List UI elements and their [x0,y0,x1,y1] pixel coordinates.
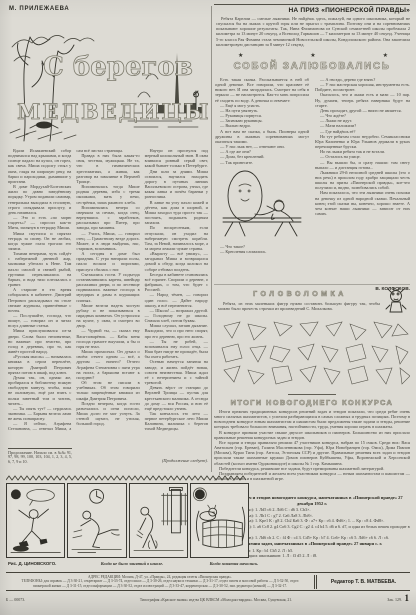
to-be-continued-note: (Продолжение следует). [138,458,208,463]
story-paragraph: Есть такая сказка. Рассказывается в ней … [215,77,309,103]
section-heading: НА ПРИЗ «ПИОНЕРСКОЙ ПРАВДЫ» [214,7,410,14]
story-paragraph: Но тут ребятам стало неудобно. Семикласс… [315,134,410,149]
puzzle-instructions-text: Ребята, из этих маленьких фигур нужно со… [218,301,380,311]
main-illustration: С берегов МЕДВЕДИЦЫ [8,17,208,145]
story-paragraph: Правда в них была какая-то своя, честная… [76,153,139,184]
star-icon: ★ [238,52,243,59]
story-paragraph: — Крепления сломались. [215,249,309,254]
feuilleton-col1-text-2: — Что такое?— Крепления сломались. [215,244,309,254]
contest-paragraph: Все задачи и этюды правильно решили 47 у… [214,440,410,466]
stars-separator: ★★★ [238,52,388,59]
star-icon: ★ [310,52,315,59]
story-paragraph: Вспоминалась тогда Мише родная деревня, … [76,184,139,205]
story-paragraph: — Учись, Миша, — говорил отец. — Грамотн… [76,231,139,252]
comic-strip [6,483,249,558]
comic-panel-4 [190,483,249,558]
section-rule [214,284,410,285]
story-paragraph: Беседы в кабинете становились всё горяче… [145,272,208,293]
story-paragraph: — Так принесите. [215,160,309,165]
story-paragraph: Так кончалось это лето — первое петербур… [145,411,208,432]
left-story-columns: Вдали Исаакиевский собор поднимался над … [8,148,208,466]
zigzag-separator [6,475,249,481]
feuilleton-col1-text: Есть такая сказка. Рассказывается в ней … [215,77,309,165]
story-paragraph: — У нас мастерская хорошая, инструменты … [315,82,410,92]
short-divider-rule [288,394,336,395]
feuilleton-title: СОБОЙ ЗАЛЮБОВАЛИСЬ [214,61,410,72]
story-paragraph: В лавке на углу пахло кожей и дёгтем, ка… [145,200,208,226]
editorial-address: АДРЕС РЕДАКЦИИ: Москва, Д-47, ул. «Правд… [6,575,314,589]
bench-mirror-cartoon [215,166,307,238]
feuilleton-column-1: Есть такая сказка. Рассказывается в ней … [215,77,309,301]
story-paragraph: А старшие в это время собирались в кабин… [8,287,71,313]
story-paragraph: По воскресеньям, если отпускали, он уход… [145,225,208,251]
story-paragraph: Лыжники 29-й неполной средней школы (это… [315,170,410,191]
continuation-note: Продолжение. Начало см. в №№ 91, 97, 98,… [8,448,72,465]
comic-credit: Рис. Д. ЦИНОВСКОГО. [8,561,56,566]
story-paragraph: Поздно вечером, когда гости разъехались … [76,401,139,427]
story-paragraph: Оказалось, что и лыжи есть и мази — 10 п… [315,92,410,107]
story-paragraph: Наутро он проснулся под мерный колокольн… [145,148,208,169]
story-paragraph: Миша слушал, затаив дыхание. Выходило, ч… [145,323,208,338]
story-title-line2: МЕДВЕДИЦЫ [17,99,208,124]
story-paragraph: Тихими вечерами, чуть сойдёт с набережно… [8,251,71,287]
story-paragraph: Миша промолчал. Он думал о своём: отчего… [76,349,139,380]
puzzle-instructions: Ребята, из этих маленьких фигур нужно со… [218,301,380,311]
page-mark: 1 [405,593,410,603]
imprint-line: Б — 00073. Типография «Красное знамя» из… [6,597,402,602]
story-paragraph: Осенью начнутся занятия на заводе, и жиз… [145,359,208,385]
imprint-order: Зак. 129. [356,597,402,602]
story-paragraph: Думая так, он, однако же, пробирался в б… [8,375,71,406]
puzzle-pieces-figure [214,316,410,390]
comic-panel-2 [67,483,126,558]
story-paragraph: Мише велели надеть чистую рубаху и не по… [76,303,139,329]
address-line: пионерской жизни — Д 3-31-15, отдел инфо… [6,584,314,589]
story-paragraph: Нам показалось, что эти лыжники очень по… [315,190,410,216]
story-title-line1: С берегов [43,52,193,82]
story-paragraph: Девять вёрст от станции до Верхней Троиц… [145,385,208,411]
story-paragraph: В доме Мордухай-Болтовских жили по давно… [8,184,71,215]
author-byline: М. ПРИЛЕЖАЕВА [9,6,69,12]
story-paragraph: — Послушайте, господа, что пишут, — гово… [8,313,71,328]
imprint-printer: Типография «Красное знамя» изд-ва ЦК ВЛК… [76,598,356,602]
story-paragraph: — Школа! — возражал другой. — Голодному … [145,308,208,323]
story-paragraph: — Ты не робей, — вспоминался ему голос о… [145,339,208,360]
feuilleton-column-2: — А гвозди, дерево где взять?— У нас мас… [315,77,410,286]
prize-note-text: Ребята Карелии — смелые лыжники. Не найд… [216,16,410,47]
prize-note: Ребята Карелии — смелые лыжники. Не найд… [216,16,410,52]
footer-block: АДРЕС РЕДАКЦИИ: Москва, Д-47, ул. «Правд… [6,572,410,591]
story-paragraph: — Народ тёмен, — говорил один голос. — Д… [145,292,208,307]
star-icon: ★ [383,52,388,59]
story-paragraph: «Русская мысль» — называлась книжка в се… [8,354,71,375]
newspaper-page: М. ПРИЛЕЖАЕВА НА ПРИЗ «ПИОНЕРСКОЙ ПРАВДЫ… [0,0,416,615]
story-paragraph: Об этом не писали в учебниках. Об этом г… [76,380,139,401]
story-paragraph: Вдали Исаакиевский собор поднимался над … [8,148,71,184]
contest-title: ИТОГИ НОВОГОДНЕГО КОНКУРСА [214,398,410,407]
story-paragraph: Вспоминались вечера со сверчком за печью… [76,205,139,231]
comic-panel-1 [6,483,65,558]
story-paragraph: А сегодня в доме был праздник. С утра на… [76,251,139,272]
contest-paragraph: Итоги прежних традиционных конкурсов реш… [214,409,410,430]
puzzle-title: ГОЛОВОЛОМКА [214,291,386,298]
puzzle-mascot-icon [384,287,408,317]
contest-paragraph: В конкурсе приняли участие свыше двухсот… [214,430,410,440]
story-paragraph: «Вырасту — всё увижу», — загадывал Миша … [145,251,208,272]
story-paragraph: Миша смутился и спрятал тетрадь за спину… [8,231,71,252]
top-rule [214,4,410,5]
story-paragraph: — Вы вышли бы, и сразу нашли: там снегу … [315,160,410,170]
story-paragraph: — Это и есть «по морю глядеть»? — спроси… [8,215,71,230]
comic-panel-3 [129,483,188,558]
story-paragraph: — Ты опять тут? — сердилась экономка. — … [8,406,71,421]
comic-caption-middle: Когда не было занятий в школе. [74,561,190,566]
story-paragraph: А вот вам не сказка, а быль. Пионеры одн… [215,129,309,144]
comic-caption-right: Когда занятия начались. [192,561,276,566]
story-paragraph: Дни шли за днями. Миша освоился, научилс… [145,169,208,200]
column-divider-rule [211,6,212,472]
story-paragraph: — Чудной ты, — сказал ему Вася-поварёнок… [76,328,139,349]
editor-name: Редактор Т. В. МАТВЕЕВА. [314,575,410,589]
story-paragraph: Съезжались гости. У подъезда останавлива… [76,272,139,303]
imprint-code: Б — 00073. [6,597,76,602]
story-paragraph: Миша прислушивался из-за двери. Слова бы… [8,328,71,354]
